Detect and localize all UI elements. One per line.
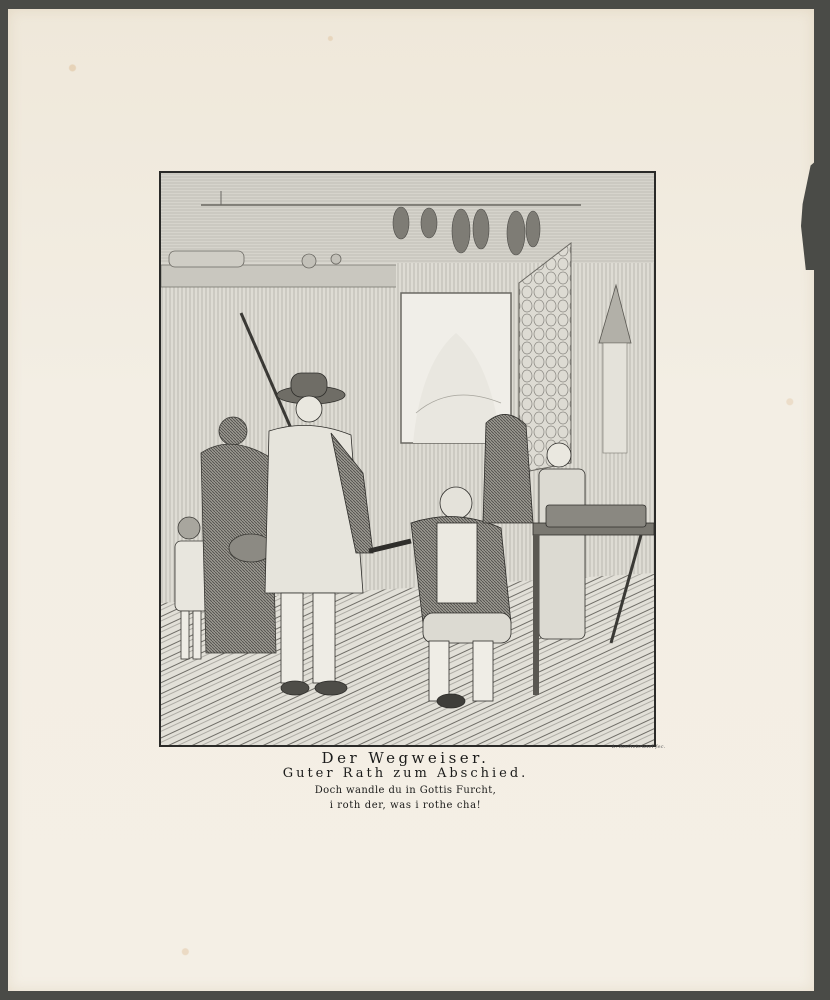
scene-illustration — [161, 173, 654, 745]
caption-verse-line-2: i roth der, was i rothe cha! — [159, 800, 652, 811]
engraving-image — [159, 171, 656, 747]
caption-subtitle: Guter Rath zum Abschied. — [159, 766, 652, 781]
caption-title: Der Wegweiser. — [159, 749, 652, 767]
caption-verse-line-1: Doch wandle du in Gottis Furcht, — [159, 785, 652, 796]
